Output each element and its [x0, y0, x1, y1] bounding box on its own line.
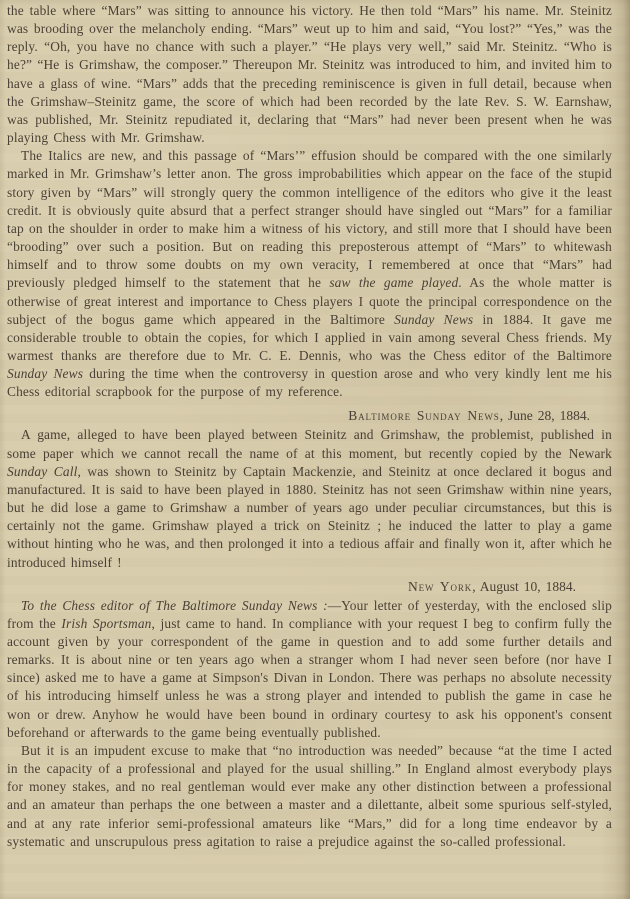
- italic-run: Sunday News: [394, 312, 473, 327]
- text-run: , was shown to Steinitz by Captain Macke…: [7, 464, 612, 570]
- italic-run: saw the game played: [329, 275, 458, 290]
- italic-run: Sunday News: [7, 366, 83, 381]
- text-run: The Italics are new, and this passage of…: [7, 148, 612, 290]
- italic-run: Irish Sportsman: [61, 616, 151, 631]
- book-page: { "page": { "colors": { "paper": "#d8cda…: [0, 0, 630, 899]
- dateline-newyork: New York, August 10, 1884.: [7, 578, 612, 595]
- text-run: the table where “Mars” was sitting to an…: [7, 3, 612, 145]
- smallcaps-run: Baltimore Sunday News: [348, 408, 499, 423]
- italic-run: To the Chess editor of The Baltimore Sun…: [21, 598, 328, 613]
- text-run: during the time when the controversy in …: [7, 366, 612, 399]
- paragraph-newyork-letter: To the Chess editor of The Baltimore Sun…: [7, 597, 612, 742]
- smallcaps-run: New York: [408, 579, 472, 594]
- paragraph-italics-commentary: The Italics are new, and this passage of…: [7, 147, 612, 401]
- text-run: , August 10, 1884.: [472, 579, 576, 594]
- text-run: A game, alleged to have been played betw…: [7, 427, 612, 460]
- text-run: , just came to hand. In compliance with …: [7, 616, 612, 740]
- italic-run: Sunday Call: [7, 464, 77, 479]
- paragraph-impudent-excuse: But it is an impudent excuse to make tha…: [7, 742, 612, 851]
- text-run: But it is an impudent excuse to make tha…: [7, 743, 612, 849]
- dateline-baltimore: Baltimore Sunday News, June 28, 1884.: [7, 407, 612, 424]
- paragraph-mars-story: the table where “Mars” was sitting to an…: [7, 2, 612, 147]
- text-column: the table where “Mars” was sitting to an…: [0, 0, 630, 851]
- paragraph-baltimore-letter: A game, alleged to have been played betw…: [7, 426, 612, 571]
- text-run: , June 28, 1884.: [500, 408, 590, 423]
